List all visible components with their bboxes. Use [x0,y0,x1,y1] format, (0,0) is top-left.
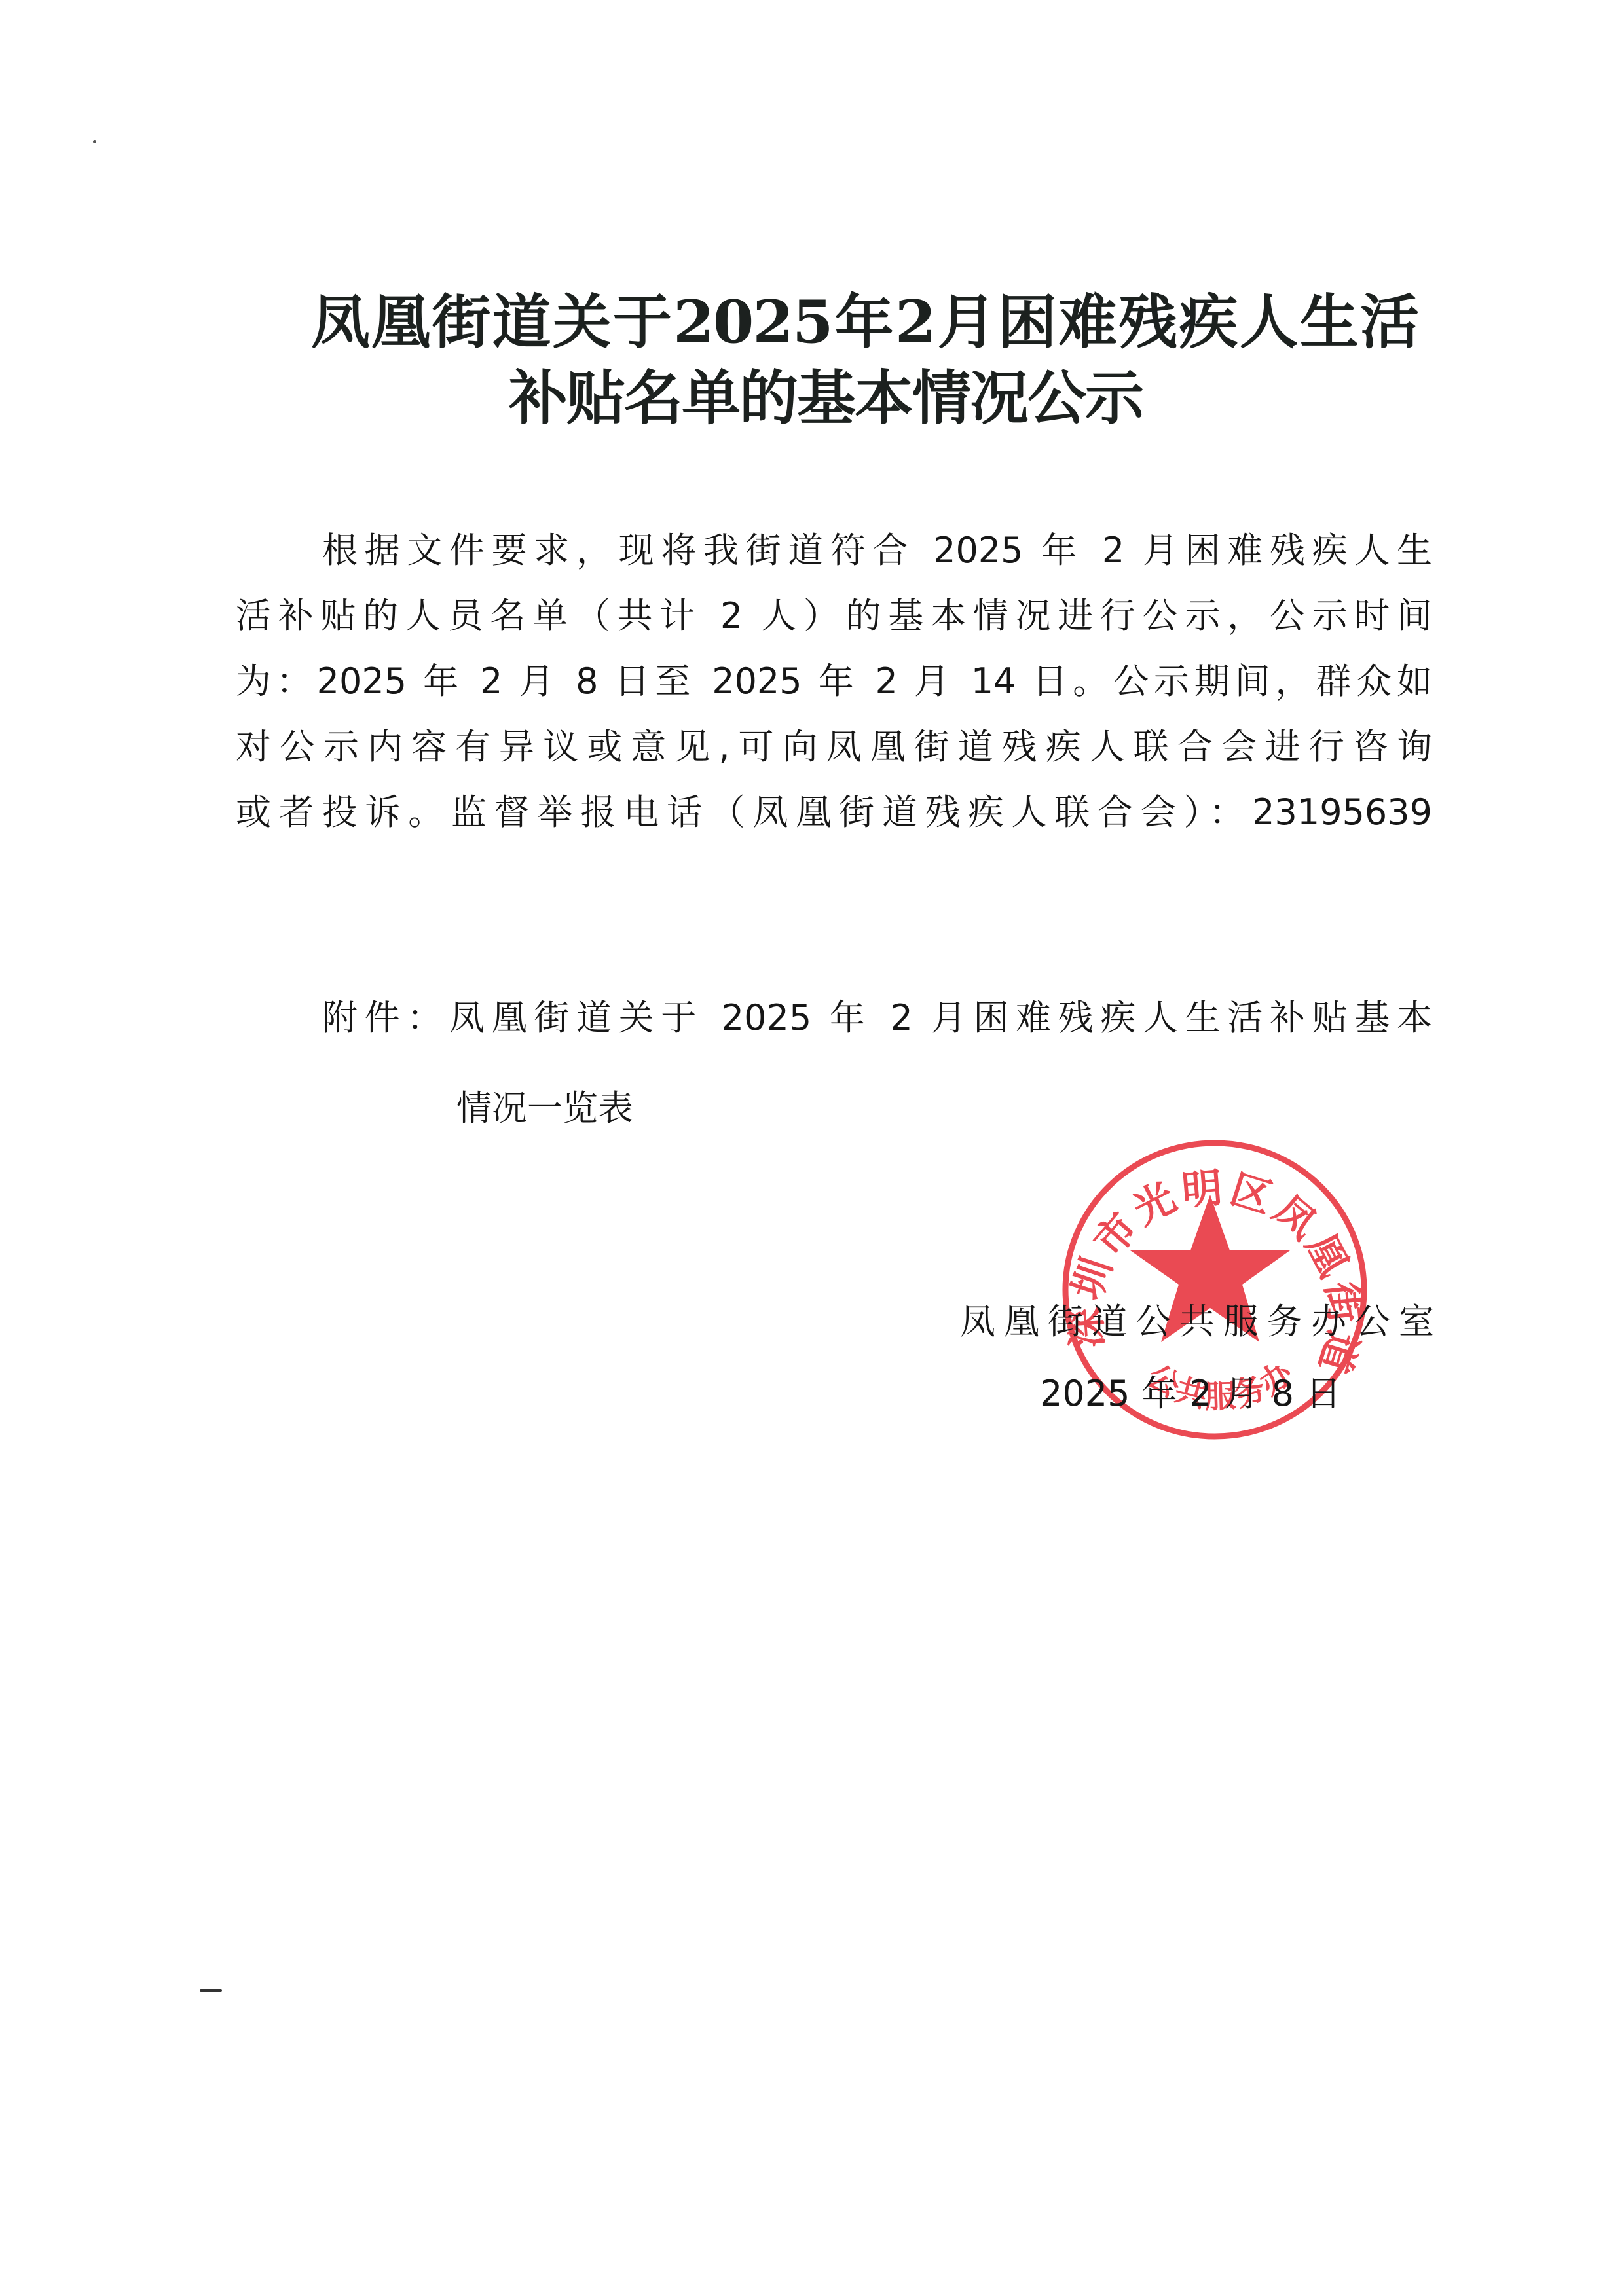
stamp-outer-text: 深圳市光明区凤凰街道 [1061,1163,1369,1382]
body-line-4: 对公示内容有异议或意见,可向凤凰街道残疾人联合会进行咨询 [236,724,1432,770]
attachment-line-2: 情况一览表 [456,1085,633,1131]
body-line-3: 为：2025 年 2 月 8 日至 2025 年 2 月 14 日。公示期间，群… [236,659,1432,704]
body-line-1: 根据文件要求，现将我街道符合 2025 年 2 月困难残疾人生 [322,528,1432,574]
signature-organization: 凤凰街道公共服务办公室 [960,1299,1434,1345]
signature-date: 2025 年 2 月 8 日 [1040,1371,1341,1417]
scan-speck [93,140,96,143]
scan-speck [200,1989,222,1992]
body-line-5: 或者投诉。监督举报电话（凤凰街道残疾人联合会）：23195639 [236,790,1432,835]
title-line-2: 补贴名单的基本情况公示 [509,365,1143,431]
svg-text:深圳市光明区凤凰街道: 深圳市光明区凤凰街道 [1061,1163,1369,1382]
document-page: 凤凰街道关于2025年2月困难残疾人生活 补贴名单的基本情况公示 根据文件要求，… [0,0,1624,2296]
title-line-1: 凤凰街道关于2025年2月困难残疾人生活 [311,289,1418,355]
attachment-line-1: 附件：凤凰街道关于 2025 年 2 月困难残疾人生活补贴基本 [322,995,1432,1041]
body-line-2: 活补贴的人员名单（共计 2 人）的基本情况进行公示，公示时间 [236,593,1432,639]
